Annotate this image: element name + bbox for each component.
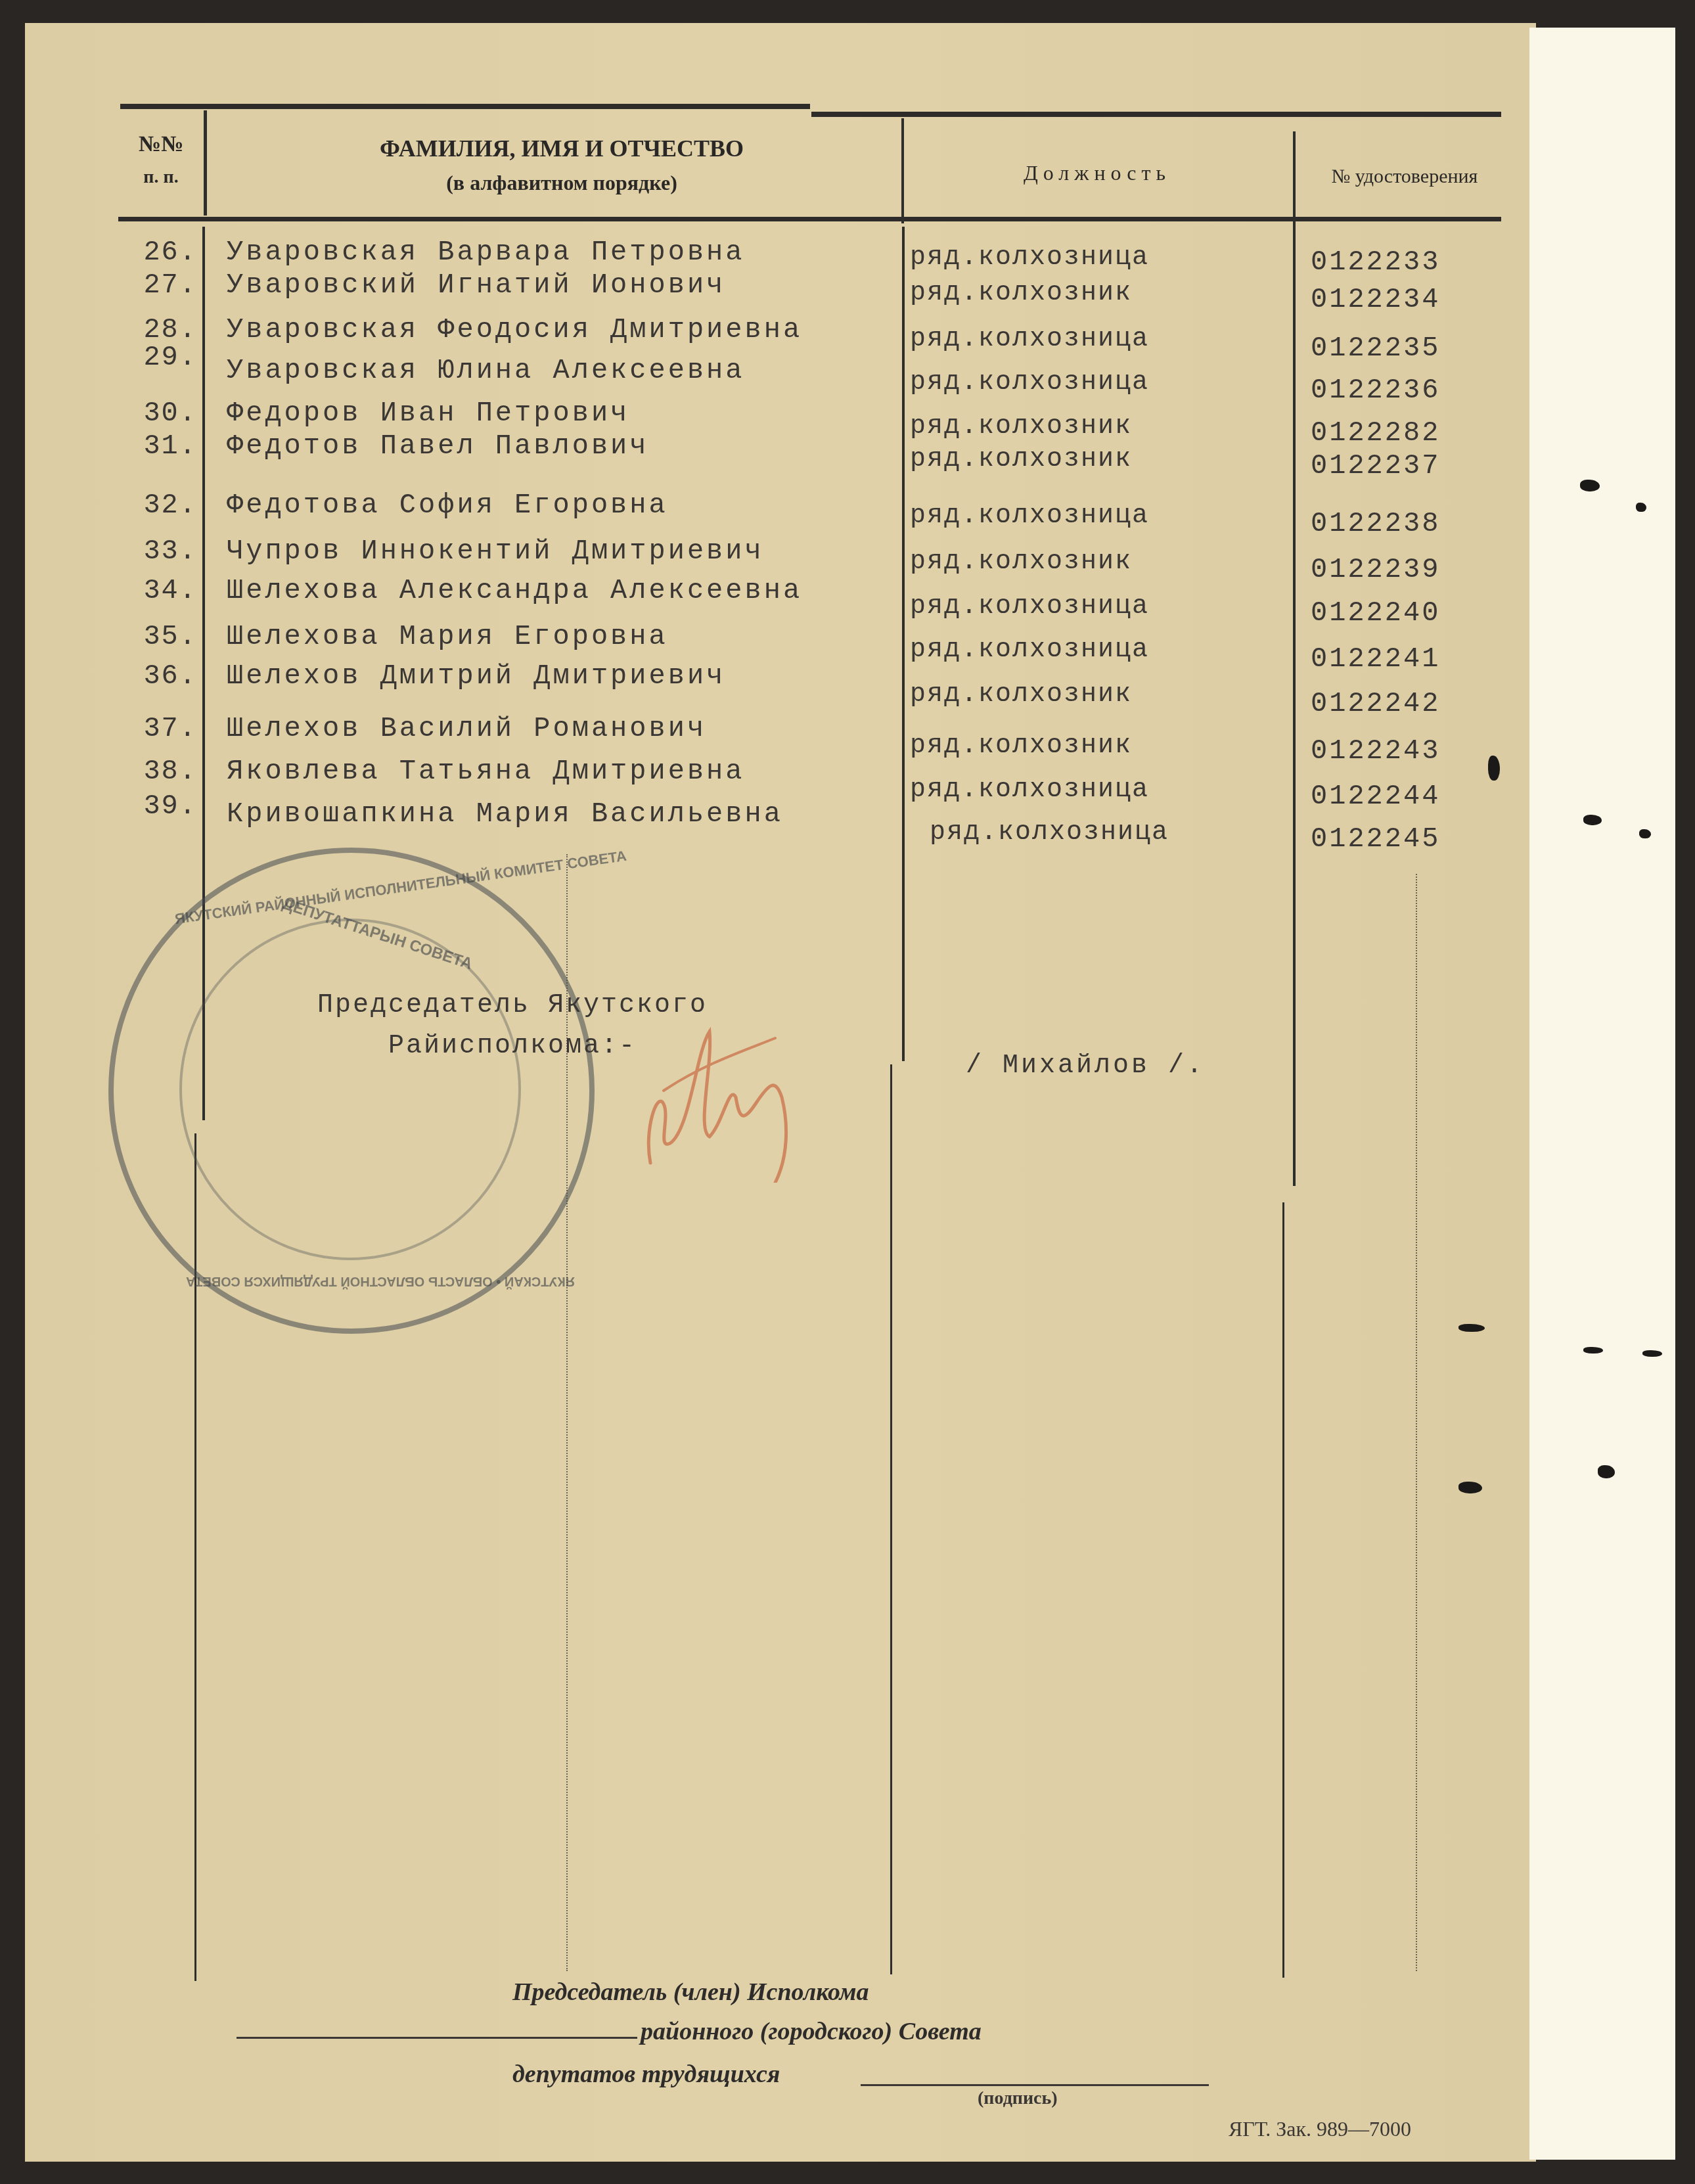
number-label: №№: [138, 128, 184, 161]
row-position: ряд.колхозник: [910, 680, 1132, 710]
row-name: Уваровская Юлина Алексеевна: [227, 355, 745, 386]
row-position: ряд.колхозник: [910, 445, 1132, 474]
row-number: 38.: [131, 756, 197, 787]
row-name: Шелехов Василий Романович: [227, 713, 706, 744]
row-name: Кривошапкина Мария Васильевна: [227, 798, 783, 830]
table-row: 29. Уваровская Юлина Алексеевна ряд.колх…: [0, 355, 1511, 394]
punch-hole: [1598, 1465, 1615, 1478]
row-number: 34.: [131, 575, 197, 606]
table-row: 27. Уваровский Игнатий Ионович ряд.колхо…: [0, 269, 1511, 309]
row-name: Федотов Павел Павлович: [227, 430, 649, 462]
table-top-rule: [811, 112, 1501, 117]
row-name: Шелехова Мария Егоровна: [227, 621, 668, 652]
column-header-name-subtitle: (в алфавитном порядке): [223, 171, 900, 195]
row-position: ряд.колхозник: [910, 547, 1132, 577]
row-position: ряд.колхозница: [910, 243, 1149, 273]
row-name: Уваровская Феодосия Дмитриевна: [227, 314, 802, 346]
row-position: ряд.колхозница: [910, 368, 1149, 398]
row-number: 27.: [131, 269, 197, 301]
table-row: 28. Уваровская Феодосия Дмитриевна ряд.к…: [0, 314, 1511, 353]
column-header-name: ФАМИЛИЯ, ИМЯ И ОТЧЕСТВО: [223, 135, 900, 162]
official-seal-stamp: ЯКУТСКИЙ РАЙОННЫЙ ИСПОЛНИТЕЛЬНЫЙ КОМИТЕТ…: [108, 848, 595, 1334]
row-position: ряд.колхозница: [910, 325, 1149, 354]
row-number: 32.: [131, 489, 197, 521]
row-name: Федотова София Егоровна: [227, 489, 668, 521]
row-name: Федоров Иван Петрович: [227, 398, 629, 429]
table-row: 34. Шелехова Александра Алексеевна ряд.к…: [0, 575, 1511, 614]
row-number: 37.: [131, 713, 197, 744]
row-name: Уваровский Игнатий Ионович: [227, 269, 725, 301]
table-row: 33. Чупров Иннокентий Дмитриевич ряд.кол…: [0, 535, 1511, 575]
row-position: ряд.колхозница: [930, 818, 1169, 848]
row-name: Шелехова Александра Алексеевна: [227, 575, 802, 606]
row-number: 28.: [131, 314, 197, 346]
punch-hole: [1636, 503, 1646, 512]
punch-hole: [1639, 829, 1651, 838]
punch-hole: [1642, 1350, 1662, 1357]
footer-line-2: районного (городского) Совета: [641, 2017, 982, 2046]
table-row: 39. Кривошапкина Мария Васильевна ряд.ко…: [0, 798, 1511, 838]
row-name: Яковлева Татьяна Дмитриевна: [227, 756, 745, 787]
row-position: ряд.колхозница: [910, 592, 1149, 622]
column-header-number: №№ п. п.: [138, 128, 184, 194]
punch-hole: [1583, 1347, 1603, 1354]
table-row: 32. Федотова София Егоровна ряд.колхозни…: [0, 489, 1511, 529]
table-row: 37. Шелехов Василий Романович ряд.колхоз…: [0, 713, 1511, 752]
punch-hole: [1458, 1482, 1482, 1493]
signature-caption: (подпись): [978, 2088, 1058, 2109]
row-position: ряд.колхозница: [910, 501, 1149, 531]
signature-blank-line: [861, 2084, 1209, 2086]
table-row: 31. Федотов Павел Павлович ряд.колхозник…: [0, 430, 1511, 470]
column-divider: [901, 118, 904, 223]
punch-hole: [1458, 1324, 1485, 1332]
row-certificate: 0122238: [1311, 508, 1440, 539]
footer-blank-line: [237, 2037, 637, 2039]
table-row: 35. Шелехова Мария Егоровна ряд.колхозни…: [0, 621, 1511, 660]
seal-text-bottom: ЯКУТСКАЙ • ОБЛАСТЬ ОБЛАСТНОЙ ТРУДЯЩИХСЯ …: [186, 1273, 575, 1288]
row-number: 30.: [131, 398, 197, 429]
signatory-name: / Михайлов /.: [966, 1051, 1205, 1081]
row-name: Шелехов Дмитрий Дмитриевич: [227, 660, 725, 692]
row-name: Уваровская Варвара Петровна: [227, 237, 745, 268]
row-number: 33.: [131, 535, 197, 567]
printer-mark: ЯГТ. Зак. 989—7000: [1229, 2117, 1411, 2141]
row-number: 26.: [131, 237, 197, 268]
column-header-position: Должность: [913, 161, 1281, 185]
row-certificate: 0122237: [1311, 450, 1440, 482]
column-header-certificate: № удостоверения: [1299, 166, 1510, 188]
row-name: Чупров Иннокентий Дмитриевич: [227, 535, 764, 567]
number-sublabel: п. п.: [138, 161, 184, 194]
punch-hole: [1583, 815, 1602, 825]
row-position: ряд.колхозник: [910, 279, 1132, 308]
row-number: 29.: [131, 342, 197, 373]
row-certificate: 0122234: [1311, 284, 1440, 315]
footer-line-1: Председатель (член) Исполкома: [512, 1978, 869, 2007]
handwritten-signature: [637, 1012, 926, 1183]
column-divider: [1293, 131, 1296, 230]
table-top-rule: [120, 104, 810, 109]
column-divider: [1282, 1202, 1284, 1978]
table-row: 38. Яковлева Татьяна Дмитриевна ряд.колх…: [0, 756, 1511, 795]
backing-paper-strip: [1529, 28, 1675, 2160]
row-number: 31.: [131, 430, 197, 462]
punch-hole: [1580, 480, 1600, 491]
footer-line-3: депутатов трудящихся: [512, 2060, 780, 2089]
row-number: 36.: [131, 660, 197, 692]
row-number: 35.: [131, 621, 197, 652]
row-certificate: 0122245: [1311, 823, 1440, 855]
column-divider: [204, 110, 207, 216]
column-divider: [890, 1064, 892, 1974]
row-number: 39.: [131, 790, 197, 822]
table-row: 36. Шелехов Дмитрий Дмитриевич ряд.колхо…: [0, 660, 1511, 700]
dotted-guide: [1416, 874, 1418, 1971]
